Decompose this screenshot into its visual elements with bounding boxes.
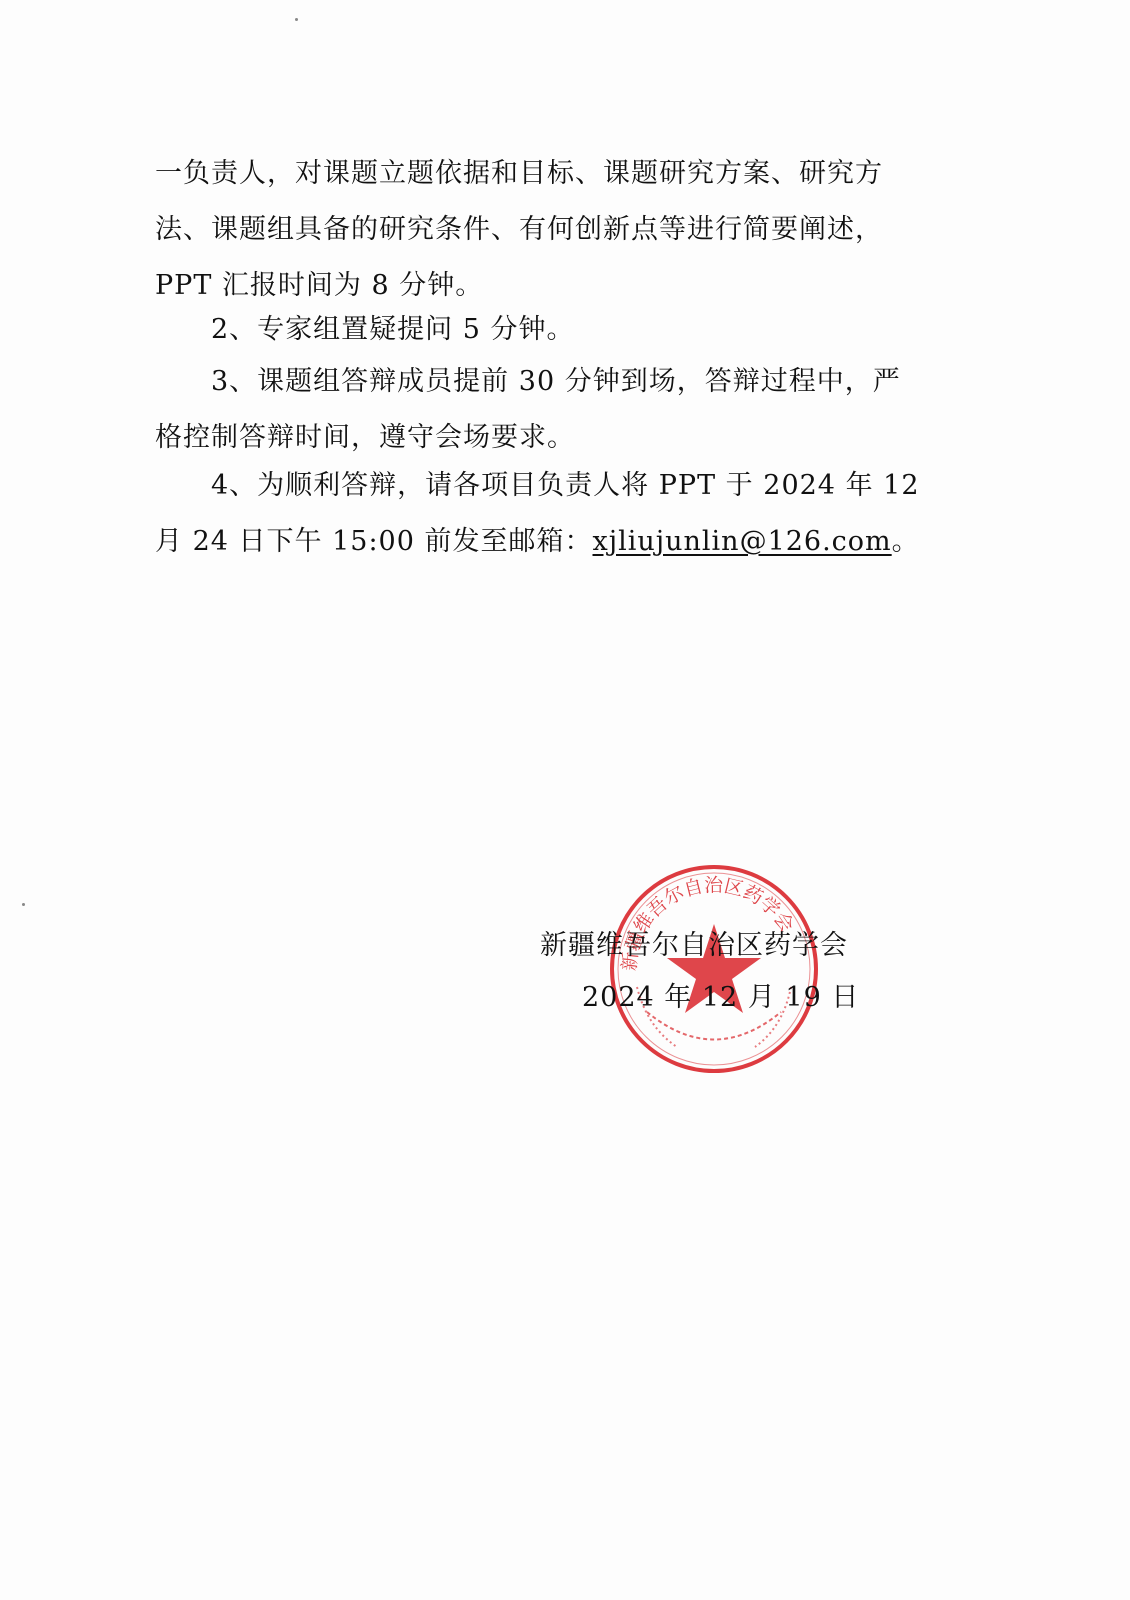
paragraph-4: 4、为顺利答辩，请各项目负责人将 PPT 于 2024 年 12 月 24 日下…: [155, 458, 945, 570]
paragraph-text: 月 24 日下午 15:00 前发至邮箱：: [155, 526, 593, 557]
paragraph-line: 一负责人，对课题立题依据和目标、课题研究方案、研究方: [155, 146, 945, 202]
paragraph-line: 法、课题组具备的研究条件、有何创新点等进行简要阐述，: [155, 202, 945, 258]
paragraph-2: 2、专家组置疑提问 5 分钟。: [155, 302, 945, 358]
scan-speck: [295, 18, 298, 21]
paragraph-line: 3、课题组答辩成员提前 30 分钟到场，答辩过程中，严: [155, 354, 945, 410]
paragraph-line: 4、为顺利答辩，请各项目负责人将 PPT 于 2024 年 12: [155, 458, 945, 514]
paragraph-1: 一负责人，对课题立题依据和目标、课题研究方案、研究方 法、课题组具备的研究条件、…: [155, 146, 945, 314]
paragraph-punct: 。: [892, 526, 920, 557]
paragraph-3: 3、课题组答辩成员提前 30 分钟到场，答辩过程中，严 格控制答辩时间，遵守会场…: [155, 354, 945, 466]
signature-date: 2024 年 12 月 19 日: [540, 972, 859, 1024]
scan-speck: [22, 903, 25, 906]
document-page: 一负责人，对课题立题依据和目标、课题研究方案、研究方 法、课题组具备的研究条件、…: [0, 0, 1130, 1600]
paragraph-line: 月 24 日下午 15:00 前发至邮箱：xjliujunlin@126.com…: [155, 514, 945, 570]
signature-organization: 新疆维吾尔自治区药学会: [540, 920, 859, 972]
paragraph-line: 2、专家组置疑提问 5 分钟。: [155, 302, 945, 358]
email-link[interactable]: xjliujunlin@126.com: [593, 526, 892, 557]
signature-block: 新疆维吾尔自治区药学会 2024 年 12 月 19 日: [540, 920, 859, 1024]
